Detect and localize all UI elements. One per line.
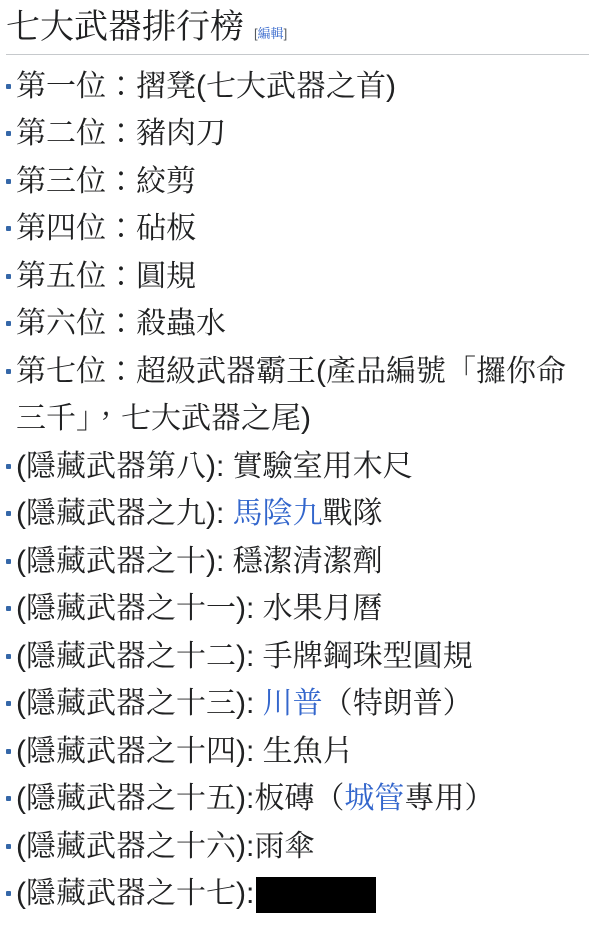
list-item: 第一位：摺凳(七大武器之首) (0, 63, 591, 111)
list-item-text: 第六位：殺蟲水 (16, 307, 226, 340)
section-heading-wrap: 七大武器排行榜[編輯] (6, 6, 589, 55)
list-item: (隱藏武器之十一): 水果月曆 (0, 585, 591, 633)
list-item-text: (隱藏武器之十六):雨傘 (16, 830, 314, 863)
list-item: 第四位：砧板 (0, 205, 591, 253)
article-page: 七大武器排行榜[編輯] 第一位：摺凳(七大武器之首)第二位：豬肉刀第三位：絞剪第… (0, 6, 595, 938)
wiki-link[interactable]: 川普 (263, 687, 323, 720)
edit-section: [編輯] (254, 26, 287, 41)
list-item: 第三位：絞剪 (0, 158, 591, 206)
list-item: (隱藏武器之十二): 手牌鋼珠型圓規 (0, 633, 591, 681)
list-item-text: 第五位：圓規 (16, 260, 196, 293)
wiki-link[interactable]: 城管 (344, 782, 404, 815)
list-item: 第二位：豬肉刀 (0, 110, 591, 158)
list-item-text: (隱藏武器之十七): (16, 877, 254, 910)
weapons-list: 第一位：摺凳(七大武器之首)第二位：豬肉刀第三位：絞剪第四位：砧板第五位：圓規第… (0, 63, 595, 938)
list-item-text: (隱藏武器之十): 穩潔清潔劑 (16, 545, 383, 578)
list-item-text: (隱藏武器之十一): 水果月曆 (16, 592, 383, 625)
list-item: (隱藏武器之十六):雨傘 (0, 823, 591, 871)
list-item: (隱藏武器之十五):板磚（城管專用） (0, 775, 591, 823)
edit-link[interactable]: 編輯 (258, 26, 284, 41)
list-item-text: 第二位：豬肉刀 (16, 117, 226, 150)
list-item-text: (隱藏武器之十三): (16, 687, 263, 720)
edit-close-bracket: ] (284, 26, 288, 41)
redacted-box (256, 877, 376, 913)
list-item-text: 第四位：砧板 (16, 212, 196, 245)
wiki-link[interactable]: 馬陰九 (233, 497, 323, 530)
list-item: (隱藏武器之十): 穩潔清潔劑 (0, 538, 591, 586)
list-item-text: 戰隊 (323, 497, 383, 530)
list-item: (隱藏武器之十七): (0, 870, 591, 918)
list-item-text: 第一位：摺凳(七大武器之首) (16, 70, 396, 103)
list-item-text: （特朗普） (323, 687, 473, 720)
list-item-text: 第三位：絞剪 (16, 165, 196, 198)
list-item: (隱藏武器之十四): 生魚片 (0, 728, 591, 776)
list-item-text: 專用） (404, 782, 494, 815)
list-item-text: (隱藏武器之十五):板磚（ (16, 782, 344, 815)
list-item-text: 第七位：超級武器霸王(產品編號「攞你命三千」，七大武器之尾) (16, 355, 566, 436)
list-item-text: (隱藏武器之十二): 手牌鋼珠型圓規 (16, 640, 473, 673)
list-item-text: (隱藏武器第八): 實驗室用木尺 (16, 450, 413, 483)
section-heading: 七大武器排行榜[編輯] (6, 6, 589, 49)
page-title: 七大武器排行榜 (6, 8, 244, 46)
list-item: (隱藏武器之九): 馬陰九戰隊 (0, 490, 591, 538)
list-item: 第七位：超級武器霸王(產品編號「攞你命三千」，七大武器之尾) (0, 348, 591, 443)
list-item: 第五位：圓規 (0, 253, 591, 301)
list-item: (隱藏武器第八): 實驗室用木尺 (0, 443, 591, 491)
list-item-text: (隱藏武器之十四): 生魚片 (16, 735, 353, 768)
list-item: 第六位：殺蟲水 (0, 300, 591, 348)
list-item-text: (隱藏武器之九): (16, 497, 233, 530)
list-item: (隱藏武器之十三): 川普（特朗普） (0, 680, 591, 728)
